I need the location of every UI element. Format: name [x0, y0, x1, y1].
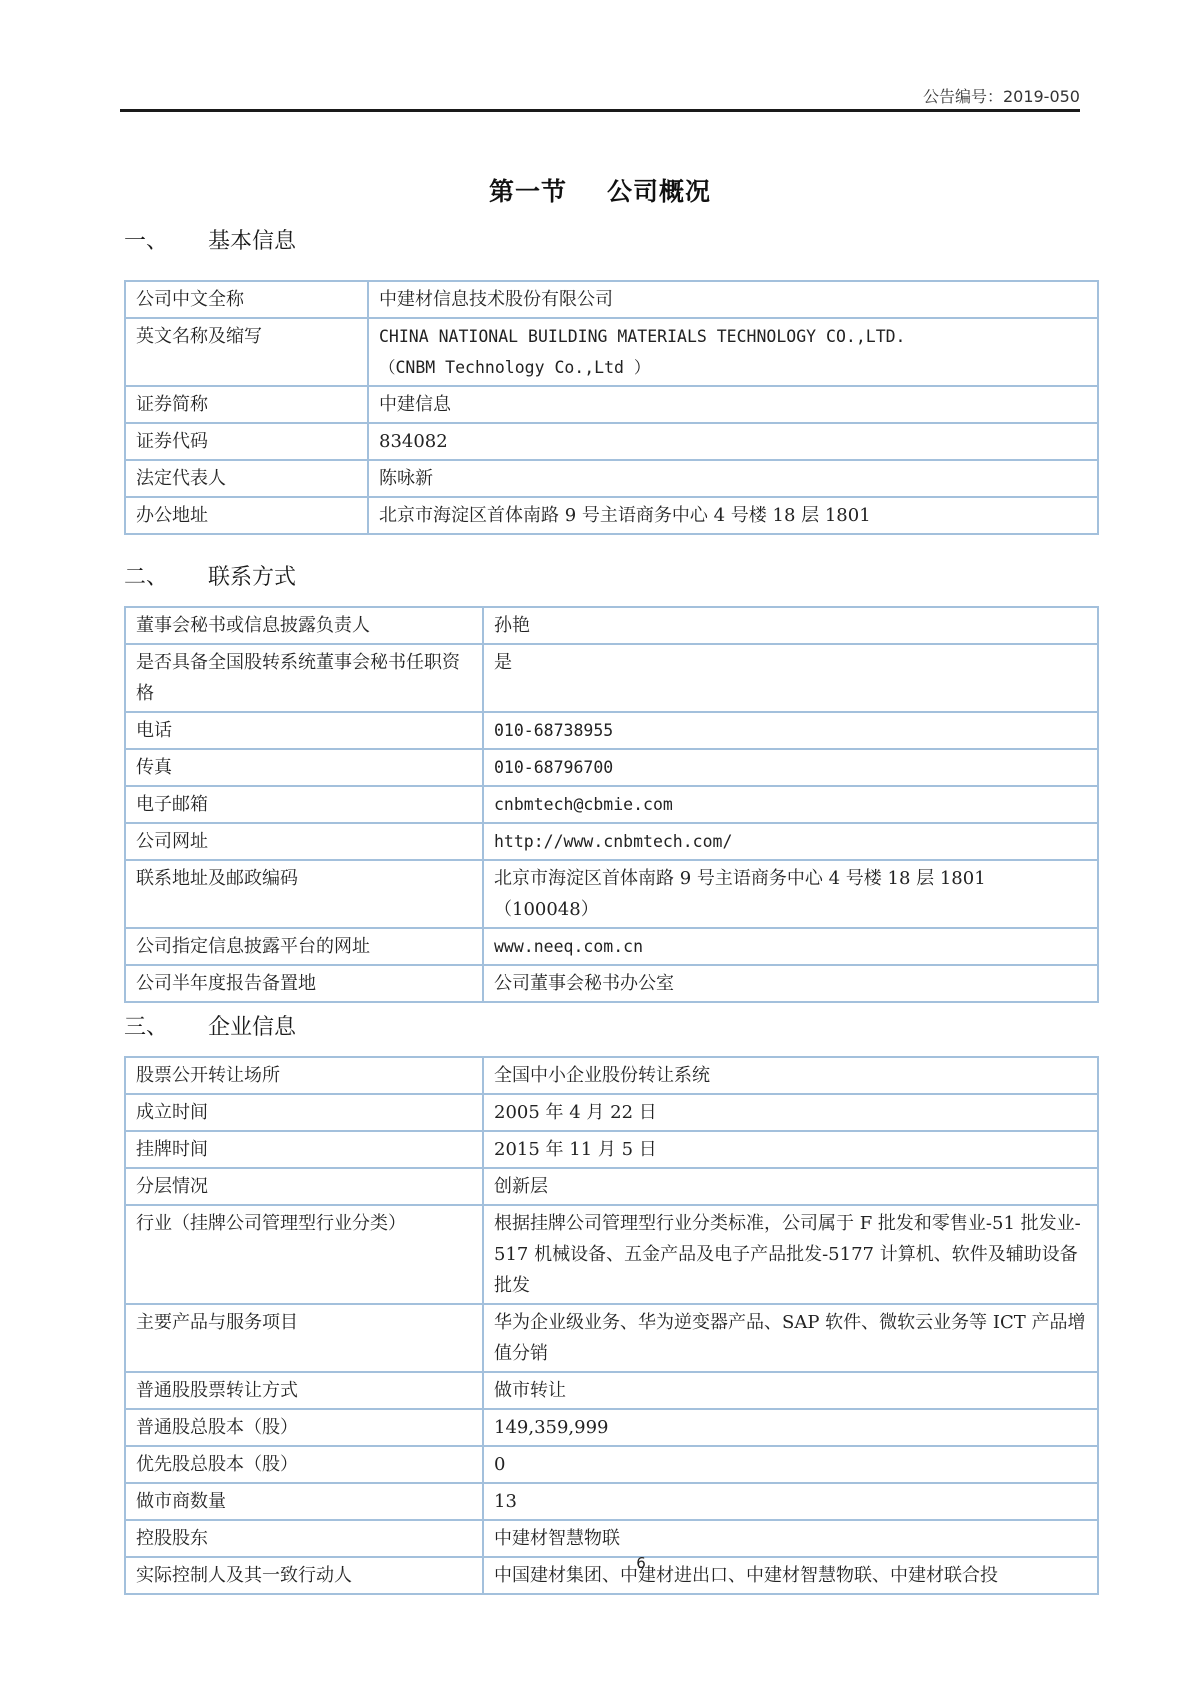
heading-text: 企业信息: [208, 1010, 296, 1041]
row-value: 华为企业级业务、华为逆变器产品、SAP 软件、微软云业务等 ICT 产品增值分销: [483, 1304, 1098, 1372]
row-label: 公司网址: [125, 823, 483, 860]
heading-text: 联系方式: [208, 560, 296, 591]
table-row: 优先股总股本（股）0: [125, 1446, 1098, 1483]
row-value: 13: [483, 1483, 1098, 1520]
fax-value: 010-68796700: [483, 749, 1098, 786]
row-label: 是否具备全国股转系统董事会秘书任职资格: [125, 644, 483, 712]
table-row: 主要产品与服务项目华为企业级业务、华为逆变器产品、SAP 软件、微软云业务等 I…: [125, 1304, 1098, 1372]
row-label: 主要产品与服务项目: [125, 1304, 483, 1372]
row-label: 行业（挂牌公司管理型行业分类）: [125, 1205, 483, 1304]
row-value: 北京市海淀区首体南路 9 号主语商务中心 4 号楼 18 层 1801 （100…: [483, 860, 1098, 928]
table-row: 法定代表人陈咏新: [125, 460, 1098, 497]
basic-info-table: 公司中文全称中建材信息技术股份有限公司 英文名称及缩写CHINA NATIONA…: [124, 280, 1099, 535]
heading-basic-info: 一、 基本信息: [124, 224, 296, 255]
row-value: 是: [483, 644, 1098, 712]
email-link[interactable]: cnbmtech@cbmie.com: [483, 786, 1098, 823]
row-value: 2005 年 4 月 22 日: [483, 1094, 1098, 1131]
table-row: 股票公开转让场所全国中小企业股份转让系统: [125, 1057, 1098, 1094]
table-row: 英文名称及缩写CHINA NATIONAL BUILDING MATERIALS…: [125, 318, 1098, 386]
row-label: 电话: [125, 712, 483, 749]
row-label: 证券简称: [125, 386, 368, 423]
section-number: 第一节: [489, 177, 567, 206]
table-row: 行业（挂牌公司管理型行业分类）根据挂牌公司管理型行业分类标准，公司属于 F 批发…: [125, 1205, 1098, 1304]
row-label: 普通股股票转让方式: [125, 1372, 483, 1409]
website-link[interactable]: http://www.cnbmtech.com/: [483, 823, 1098, 860]
table-row: 控股股东中建材智慧物联: [125, 1520, 1098, 1557]
row-value: 全国中小企业股份转让系统: [483, 1057, 1098, 1094]
table-row: 电子邮箱cnbmtech@cbmie.com: [125, 786, 1098, 823]
row-label: 法定代表人: [125, 460, 368, 497]
row-value: 做市转让: [483, 1372, 1098, 1409]
row-value: 陈咏新: [368, 460, 1098, 497]
enterprise-table: 股票公开转让场所全国中小企业股份转让系统 成立时间2005 年 4 月 22 日…: [124, 1056, 1099, 1595]
table-row: 公司指定信息披露平台的网址www.neeq.com.cn: [125, 928, 1098, 965]
row-label: 公司中文全称: [125, 281, 368, 318]
row-label: 成立时间: [125, 1094, 483, 1131]
row-label: 办公地址: [125, 497, 368, 534]
row-label: 电子邮箱: [125, 786, 483, 823]
row-value: 2015 年 11 月 5 日: [483, 1131, 1098, 1168]
row-label: 公司指定信息披露平台的网址: [125, 928, 483, 965]
table-row: 电话010-68738955: [125, 712, 1098, 749]
table-row: 联系地址及邮政编码北京市海淀区首体南路 9 号主语商务中心 4 号楼 18 层 …: [125, 860, 1098, 928]
table-row: 普通股股票转让方式做市转让: [125, 1372, 1098, 1409]
section-name: 公司概况: [607, 177, 711, 206]
heading-number: 三、: [124, 1010, 208, 1041]
row-label: 股票公开转让场所: [125, 1057, 483, 1094]
row-value: 孙艳: [483, 607, 1098, 644]
row-label: 优先股总股本（股）: [125, 1446, 483, 1483]
row-value: 中建材智慧物联: [483, 1520, 1098, 1557]
table-row: 挂牌时间2015 年 11 月 5 日: [125, 1131, 1098, 1168]
header-rule: [120, 109, 1080, 112]
table-row: 分层情况创新层: [125, 1168, 1098, 1205]
row-value: 创新层: [483, 1168, 1098, 1205]
row-value: 149,359,999: [483, 1409, 1098, 1446]
row-value: 0: [483, 1446, 1098, 1483]
table-row: 证券代码834082: [125, 423, 1098, 460]
heading-text: 基本信息: [208, 224, 296, 255]
row-label: 英文名称及缩写: [125, 318, 368, 386]
row-label: 挂牌时间: [125, 1131, 483, 1168]
row-label: 做市商数量: [125, 1483, 483, 1520]
table-row: 证券简称中建信息: [125, 386, 1098, 423]
table-row: 传真010-68796700: [125, 749, 1098, 786]
row-label: 董事会秘书或信息披露负责人: [125, 607, 483, 644]
row-value: 中建材信息技术股份有限公司: [368, 281, 1098, 318]
row-value: CHINA NATIONAL BUILDING MATERIALS TECHNO…: [368, 318, 1098, 386]
phone-value: 010-68738955: [483, 712, 1098, 749]
table-row: 是否具备全国股转系统董事会秘书任职资格是: [125, 644, 1098, 712]
heading-number: 一、: [124, 224, 208, 255]
row-label: 证券代码: [125, 423, 368, 460]
row-value: 根据挂牌公司管理型行业分类标准，公司属于 F 批发和零售业-51 批发业- 51…: [483, 1205, 1098, 1304]
table-row: 公司中文全称中建材信息技术股份有限公司: [125, 281, 1098, 318]
row-value: 北京市海淀区首体南路 9 号主语商务中心 4 号楼 18 层 1801: [368, 497, 1098, 534]
table-row: 做市商数量13: [125, 1483, 1098, 1520]
heading-contact: 二、 联系方式: [124, 560, 296, 591]
page-number: 6: [0, 1554, 1200, 1572]
row-value: 834082: [368, 423, 1098, 460]
heading-enterprise: 三、 企业信息: [124, 1010, 296, 1041]
row-label: 控股股东: [125, 1520, 483, 1557]
section-title: 第一节公司概况: [0, 172, 1200, 208]
row-value: 中建信息: [368, 386, 1098, 423]
disclosure-platform-link[interactable]: www.neeq.com.cn: [483, 928, 1098, 965]
table-row: 公司半年度报告备置地公司董事会秘书办公室: [125, 965, 1098, 1002]
table-row: 普通股总股本（股）149,359,999: [125, 1409, 1098, 1446]
row-value: 公司董事会秘书办公室: [483, 965, 1098, 1002]
announcement-number: 公告编号：2019-050: [923, 84, 1080, 107]
table-row: 公司网址http://www.cnbmtech.com/: [125, 823, 1098, 860]
contact-table: 董事会秘书或信息披露负责人孙艳 是否具备全国股转系统董事会秘书任职资格是 电话0…: [124, 606, 1099, 1003]
heading-number: 二、: [124, 560, 208, 591]
row-label: 联系地址及邮政编码: [125, 860, 483, 928]
table-row: 办公地址北京市海淀区首体南路 9 号主语商务中心 4 号楼 18 层 1801: [125, 497, 1098, 534]
table-row: 董事会秘书或信息披露负责人孙艳: [125, 607, 1098, 644]
row-label: 分层情况: [125, 1168, 483, 1205]
table-row: 成立时间2005 年 4 月 22 日: [125, 1094, 1098, 1131]
row-label: 传真: [125, 749, 483, 786]
row-label: 普通股总股本（股）: [125, 1409, 483, 1446]
row-label: 公司半年度报告备置地: [125, 965, 483, 1002]
